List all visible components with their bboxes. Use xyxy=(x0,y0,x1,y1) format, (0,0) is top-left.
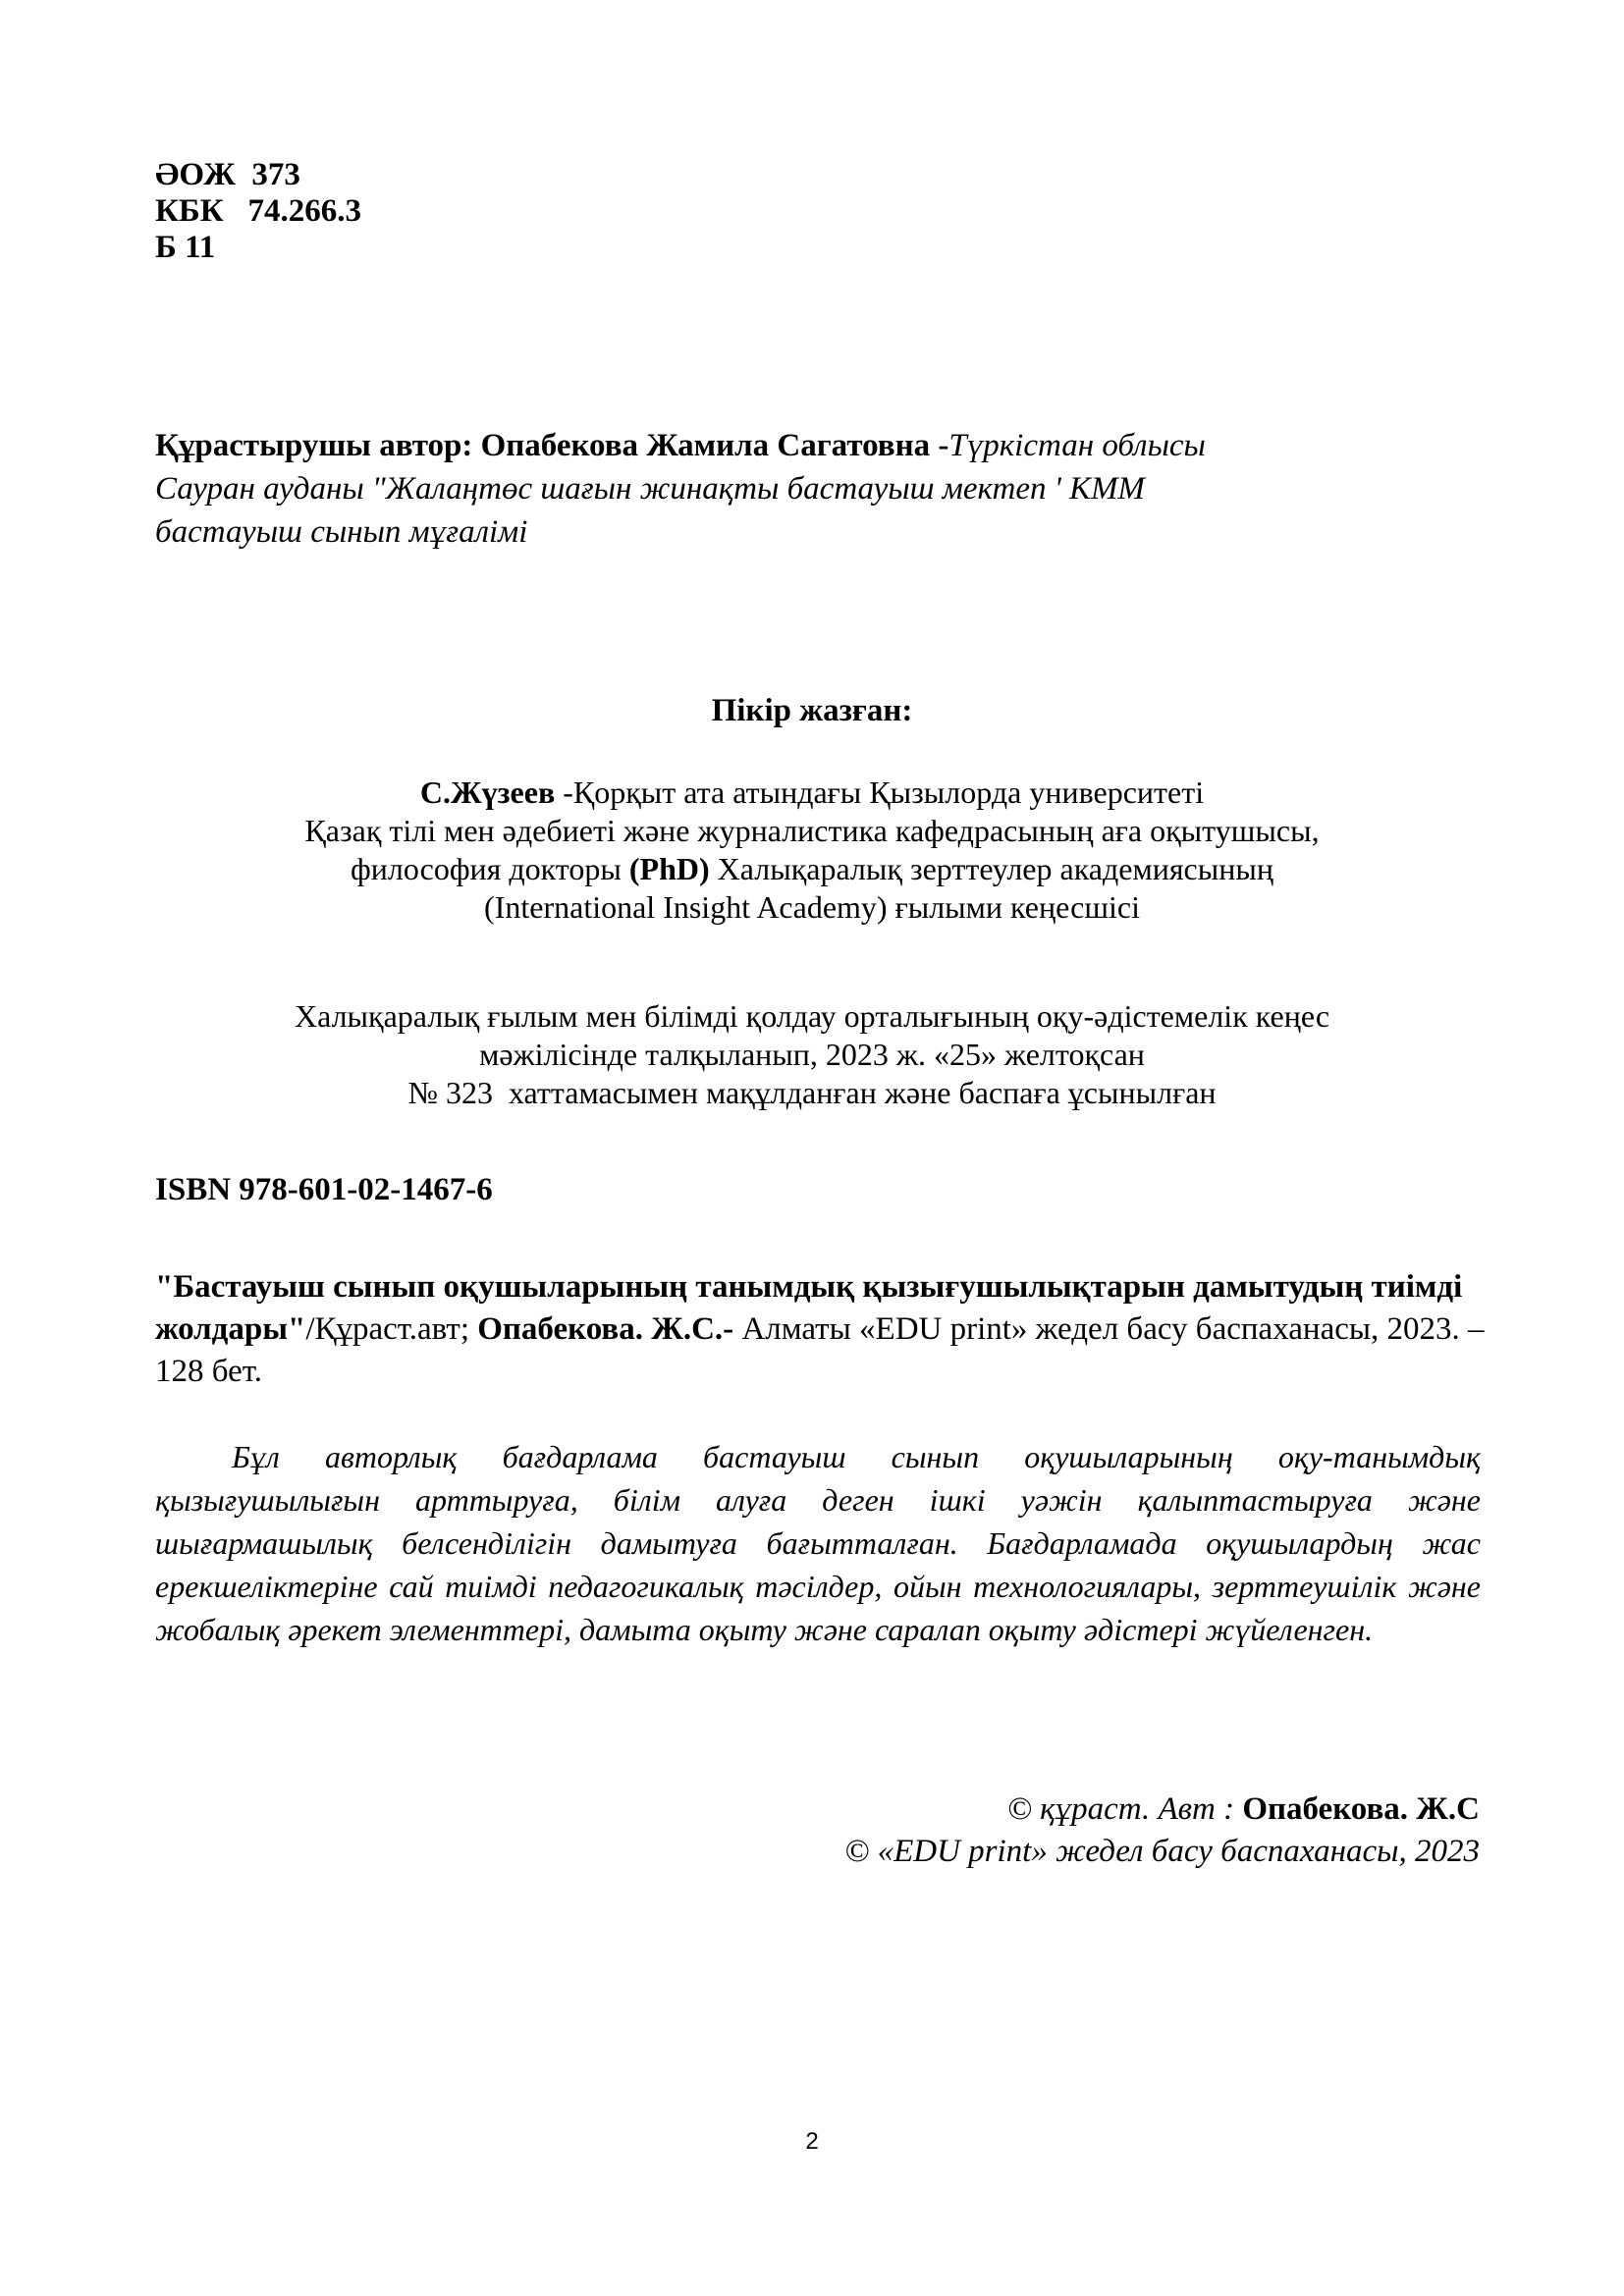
reviewer-name: С.Жүзеев xyxy=(420,774,555,810)
reviewer-academy: Халықаралық зерттеулер академиясының xyxy=(710,851,1273,886)
copyright-author: © құраст. Авт : Опабекова. Ж.С xyxy=(0,1789,1480,1831)
bibliographic-record: "Бастауыш сынып оқушыларының танымдық қы… xyxy=(155,1266,1490,1393)
reviewer-degree: философия докторы xyxy=(351,851,629,886)
lbc-label: КБК xyxy=(155,193,224,229)
review-line-3: философия докторы (PhD) Халықаралық зерт… xyxy=(0,850,1624,888)
author-name: Опабекова Жамила Сагатовна xyxy=(481,428,931,463)
udc-code: ӘОЖ 373 xyxy=(155,157,361,193)
review-line-4: (International Insight Academy) ғылыми к… xyxy=(0,888,1624,927)
copyright-author-name: Опабекова. Ж.С xyxy=(1242,1791,1480,1827)
abstract-text: Бұл авторлық бағдарлама бастауыш сынып о… xyxy=(155,1435,1481,1651)
reviewer-university: -Қорқыт ата атындағы Қызылорда университ… xyxy=(563,774,1204,810)
approval-block: Халықаралық ғылым мен білімді қолдау орт… xyxy=(0,997,1624,1112)
copyright-publisher: © «EDU print» жедел басу баспаханасы, 20… xyxy=(0,1831,1480,1873)
reviewer-degree-abbr: (PhD) xyxy=(629,851,710,886)
compiler-name: Опабекова. Ж.С.- xyxy=(477,1311,733,1347)
compiler-prefix: /Құраст.авт; xyxy=(305,1311,477,1347)
approval-line-1: Халықаралық ғылым мен білімді қолдау орт… xyxy=(0,997,1624,1036)
review-title: Пікір жазған: xyxy=(0,693,1624,729)
lbc-value: 74.266.3 xyxy=(247,193,361,229)
author-block: Құрастырушы автор: Опабекова Жамила Сага… xyxy=(155,424,1490,554)
page-number: 2 xyxy=(0,2128,1624,2156)
udc-value: 373 xyxy=(251,157,300,192)
document-page: ӘОЖ 373 КБК 74.266.3 Б 11 Құрастырушы ав… xyxy=(0,0,1624,2296)
abstract: Бұл авторлық бағдарлама бастауыш сынып о… xyxy=(155,1435,1481,1651)
udc-label: ӘОЖ xyxy=(155,157,236,192)
review-line-1: С.Жүзеев -Қорқыт ата атындағы Қызылорда … xyxy=(0,774,1624,812)
lbc-code: КБК 74.266.3 xyxy=(155,193,361,230)
approval-line-3: № 323 хаттамасымен мақұлданған және басп… xyxy=(0,1074,1624,1112)
author-affiliation-1: Түркістан облысы xyxy=(948,428,1206,463)
approval-line-2: мәжілісінде талқыланып, 2023 ж. «25» жел… xyxy=(0,1036,1624,1074)
copyright-author-prefix: © құраст. Авт : xyxy=(1007,1791,1242,1827)
isbn: ISBN 978-601-02-1467-6 xyxy=(155,1172,493,1208)
classification-codes: ӘОЖ 373 КБК 74.266.3 Б 11 xyxy=(155,157,361,266)
review-block: С.Жүзеев -Қорқыт ата атындағы Қызылорда … xyxy=(0,774,1624,927)
review-line-2: Қазақ тілі мен әдебиеті және журналистик… xyxy=(0,812,1624,850)
author-affiliation-3: бастауыш сынып мұғалімі xyxy=(155,510,1490,554)
author-label: Құрастырушы автор: xyxy=(155,428,472,463)
author-separator: - xyxy=(930,428,948,463)
author-mark: Б 11 xyxy=(155,230,361,266)
copyright-block: © құраст. Авт : Опабекова. Ж.С © «EDU pr… xyxy=(0,1789,1480,1873)
author-affiliation-2: Сауран ауданы "Жалаңтөс шағын жинақты ба… xyxy=(155,467,1490,510)
